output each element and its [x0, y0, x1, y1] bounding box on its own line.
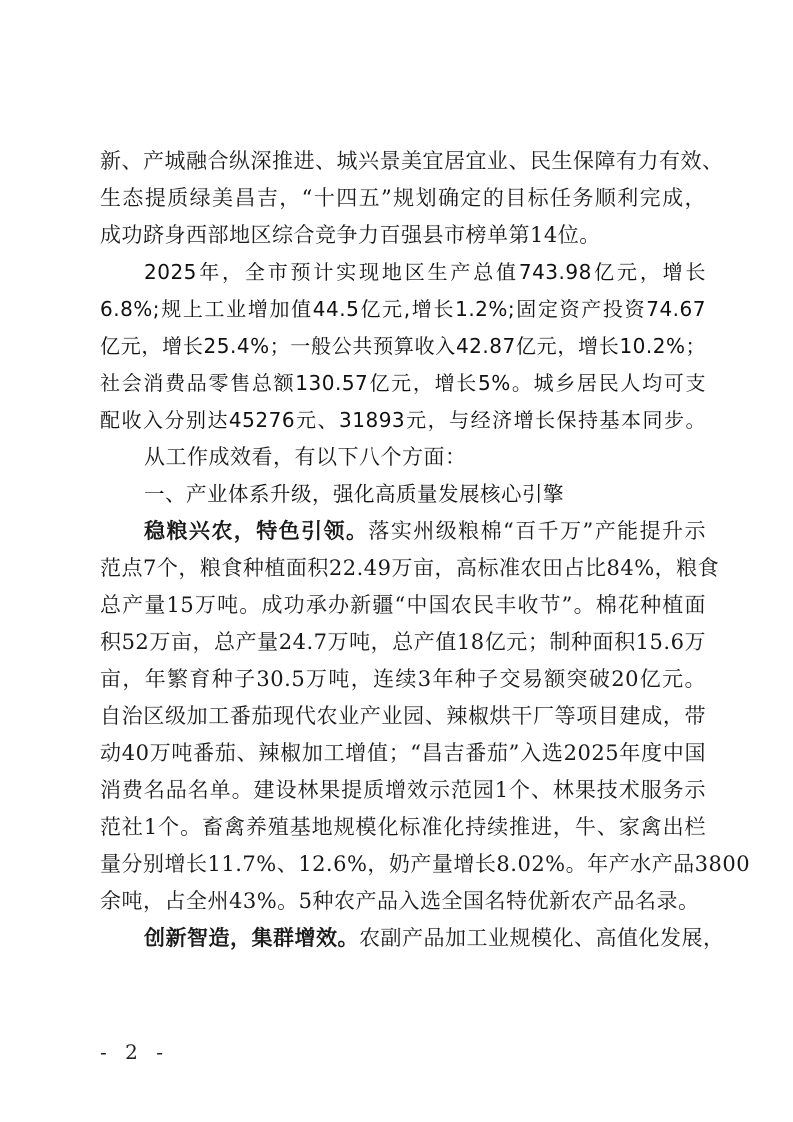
paragraph-text: 农副产品加工业规模化、高值化发展，: [359, 926, 725, 950]
paragraph-line: 自治区级加工番茄现代农业产业园、辣椒烘干厂等项目建成，带: [100, 698, 706, 735]
paragraph-line: 亿元，增长25.4%；一般公共预算收入42.87亿元，增长10.2%；: [100, 328, 706, 365]
paragraph-line: 从工作成效看，有以下八个方面：: [100, 439, 706, 476]
paragraph-text: 落实州级粮棉“百千万”产能提升示: [368, 519, 706, 543]
paragraph-lead-bold: 稳粮兴农，特色引领。: [144, 519, 368, 543]
paragraph-line: 范点7个，粮食种植面积22.49万亩，高标准农田占比84%，粮食: [100, 550, 706, 587]
paragraph-lead-bold: 创新智造，集群增效。: [144, 926, 359, 950]
paragraph-line: 成功跻身西部地区综合竞争力百强县市榜单第14位。: [100, 217, 706, 254]
paragraph-line: 创新智造，集群增效。农副产品加工业规模化、高值化发展，: [100, 920, 706, 957]
paragraph-line: 余吨，占全州43%。5种农产品入选全国名特优新农产品名录。: [100, 883, 706, 920]
paragraph-line: 积52万亩，总产量24.7万吨，总产值18亿元；制种面积15.6万: [100, 624, 706, 661]
paragraph-line: 总产量15万吨。成功承办新疆“中国农民丰收节”。棉花种植面: [100, 587, 706, 624]
document-page: 新、产城融合纵深推进、城兴景美宜居宜业、民生保障有力有效、 生态提质绿美昌吉，“…: [0, 0, 793, 1122]
paragraph-line: 量分别增长11.7%、12.6%，奶产量增长8.02%。年产水产品3800: [100, 846, 706, 883]
paragraph-line: 6.8%;规上工业增加值44.5亿元,增长1.2%;固定资产投资74.67: [100, 291, 706, 328]
paragraph-line: 消费名品名单。建设林果提质增效示范园1个、林果技术服务示: [100, 772, 706, 809]
paragraph-line: 生态提质绿美昌吉，“十四五”规划确定的目标任务顺利完成，: [100, 180, 706, 217]
paragraph-line: 2025年，全市预计实现地区生产总值743.98亿元，增长: [100, 254, 706, 291]
page-number: - 2 -: [100, 1040, 169, 1064]
paragraph-line: 社会消费品零售总额130.57亿元，增长5%。城乡居民人均可支: [100, 365, 706, 402]
paragraph-line: 配收入分别达45276元、31893元，与经济增长保持基本同步。: [100, 402, 706, 439]
paragraph-line: 范社1个。畜禽养殖基地规模化标准化持续推进，牛、家禽出栏: [100, 809, 706, 846]
document-body: 新、产城融合纵深推进、城兴景美宜居宜业、民生保障有力有效、 生态提质绿美昌吉，“…: [100, 143, 706, 957]
paragraph-line: 新、产城融合纵深推进、城兴景美宜居宜业、民生保障有力有效、: [100, 143, 706, 180]
paragraph-line: 稳粮兴农，特色引领。落实州级粮棉“百千万”产能提升示: [100, 513, 706, 550]
paragraph-line: 亩，年繁育种子30.5万吨，连续3年种子交易额突破20亿元。: [100, 661, 706, 698]
paragraph-line: 动40万吨番茄、辣椒加工增值；“昌吉番茄”入选2025年度中国: [100, 735, 706, 772]
section-heading: 一、产业体系升级，强化高质量发展核心引擎: [100, 476, 706, 513]
